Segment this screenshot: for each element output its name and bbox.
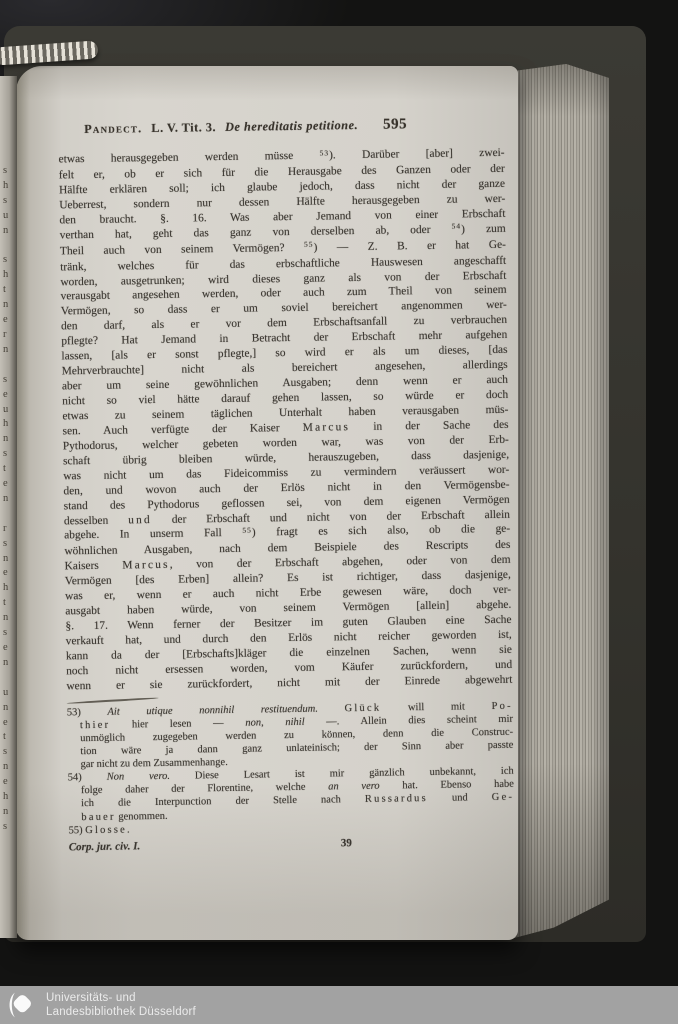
volume-signature: Corp. jur. civ. I. xyxy=(69,840,141,853)
edge-fragment: n xyxy=(3,760,17,775)
header-citation: L. V. Tit. 3. xyxy=(151,120,216,136)
edge-fragment: s xyxy=(3,537,17,552)
edge-fragment: e xyxy=(3,388,17,403)
edge-fragment: s xyxy=(3,164,17,179)
page-number: 595 xyxy=(383,116,407,133)
edge-fragment: n xyxy=(3,611,17,626)
edge-fragment: h xyxy=(3,581,17,596)
edge-fragment: r xyxy=(3,522,17,537)
edge-fragment: n xyxy=(3,656,17,671)
edge-fragment: h xyxy=(3,179,17,194)
edge-fragment: u xyxy=(3,686,17,701)
header-chapter-title: De hereditatis petitione. xyxy=(225,118,358,135)
edge-fragment: n xyxy=(3,805,17,820)
library-name-line2: Landesbibliothek Düsseldorf xyxy=(46,1005,196,1019)
edge-fragment: s xyxy=(3,194,17,209)
edge-fragment: t xyxy=(3,283,17,298)
edge-fragment: u xyxy=(3,209,17,224)
edge-fragment xyxy=(3,671,17,686)
page-content: Pandect. L. V. Tit. 3. De hereditatis pe… xyxy=(58,115,515,855)
footnotes: 53) Ait utique nonnihil restituendum. Gl… xyxy=(67,699,515,837)
edge-fragment: h xyxy=(3,790,17,805)
body-text: etwas herausgegeben werden müsse 53). Da… xyxy=(58,146,512,694)
edge-fragment: s xyxy=(3,626,17,641)
sheet-number: 39 xyxy=(341,837,352,849)
edge-fragment: e xyxy=(3,775,17,790)
library-name-line1: Universitäts- und xyxy=(46,991,196,1005)
edge-fragment: t xyxy=(3,462,17,477)
edge-fragment: n xyxy=(3,701,17,716)
edge-fragment: h xyxy=(3,417,17,432)
edge-fragment: s xyxy=(3,373,17,388)
edge-fragment: e xyxy=(3,566,17,581)
edge-fragment: n xyxy=(3,552,17,567)
edge-fragment: e xyxy=(3,477,17,492)
edge-fragment: n xyxy=(3,224,17,239)
facing-page-sliver: shsun shtnern seuhnsten rsnehtnsen unets… xyxy=(0,76,17,938)
library-watermark-bar: Universitäts- und Landesbibliothek Düsse… xyxy=(0,986,678,1024)
library-name: Universitäts- und Landesbibliothek Düsse… xyxy=(46,991,196,1019)
edge-fragment: t xyxy=(3,596,17,611)
page-edge-stack xyxy=(514,64,609,938)
edge-fragment: s xyxy=(3,447,17,462)
edge-fragment: n xyxy=(3,432,17,447)
edge-fragment: e xyxy=(3,716,17,731)
edge-fragment: n xyxy=(3,343,17,358)
edge-fragment xyxy=(3,507,17,522)
edge-fragment xyxy=(3,239,17,254)
ulb-dusseldorf-logo xyxy=(6,990,36,1020)
footnote-separator xyxy=(67,697,159,704)
edge-fragment: e xyxy=(3,313,17,328)
edge-fragment: h xyxy=(3,268,17,283)
edge-fragment: n xyxy=(3,298,17,313)
edge-fragment: s xyxy=(3,745,17,760)
edge-fragment: u xyxy=(3,403,17,418)
header-work-title: Pandect. xyxy=(84,121,142,137)
book-page: Pandect. L. V. Tit. 3. De hereditatis pe… xyxy=(16,66,518,940)
running-header: Pandect. L. V. Tit. 3. De hereditatis pe… xyxy=(58,115,504,140)
signature-line: Corp. jur. civ. I. 39 xyxy=(69,834,515,855)
edge-fragment: n xyxy=(3,492,17,507)
edge-fragment: s xyxy=(3,253,17,268)
edge-fragment xyxy=(3,358,17,373)
edge-fragment: t xyxy=(3,730,17,745)
edge-fragment: s xyxy=(3,820,17,835)
edge-fragment: e xyxy=(3,641,17,656)
edge-fragment: r xyxy=(3,328,17,343)
scanned-book-photo: shsun shtnern seuhnsten rsnehtnsen unets… xyxy=(0,0,678,1024)
